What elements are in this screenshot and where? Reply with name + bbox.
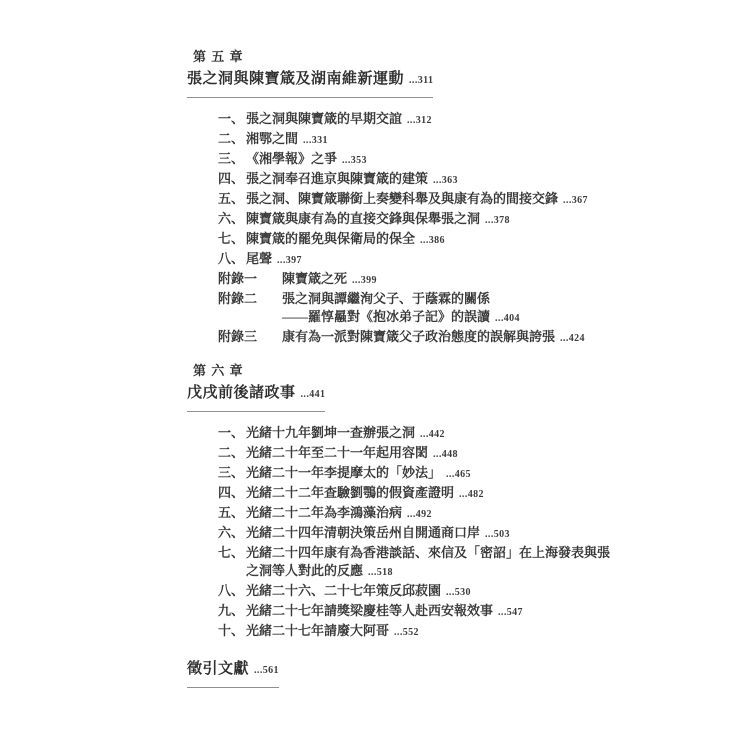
item-text: 光緒二十一年李提摩太的「妙法」...465 xyxy=(246,464,687,484)
item-title: 光緒二十二年查驗劉鶚的假資產證明 xyxy=(246,485,454,500)
book-toc-page: 第 五 章 張之洞與陳寶箴及湖南維新運動...311 一、 張之洞與陳寶箴的早期… xyxy=(0,0,750,750)
chapter-6-page-number: ...441 xyxy=(301,389,326,400)
item-text: 張之洞、陳寶箴聯銜上奏變科舉及與康有為的間接交鋒...367 xyxy=(246,190,687,210)
bibliography-page-number: ...561 xyxy=(254,665,279,676)
toc-appendix-item: 附錄一 陳寶箴之死...399 xyxy=(218,270,687,290)
dot-leader: ... xyxy=(485,215,494,226)
page-number: 547 xyxy=(507,607,523,618)
item-number: 四、 xyxy=(218,484,246,502)
item-text: 康有為一派對陳寶箴父子政治態度的誤解與誇張...424 xyxy=(282,328,687,348)
dot-leader: ... xyxy=(433,175,442,186)
toc-item: 七、 陳寶箴的罷免與保衛局的保全...386 xyxy=(218,230,687,250)
item-page-number: ...442 xyxy=(420,429,445,440)
item-title: 光緒二十二年為李鴻藻治病 xyxy=(246,505,402,520)
toc-item: 一、 光緒十九年劉坤一查辦張之洞...442 xyxy=(218,424,687,444)
bibliography-section: 徵引文獻...561 xyxy=(187,660,687,688)
item-text: 光緒二十二年為李鴻藻治病...492 xyxy=(246,504,687,524)
item-text: 光緒二十七年請獎梁慶桂等人赴西安報效事...547 xyxy=(246,602,687,622)
dot-leader: ... xyxy=(352,275,361,286)
toc-item: 四、 光緒二十二年查驗劉鶚的假資產證明...482 xyxy=(218,484,687,504)
item-title: 陳寶箴的罷免與保衛局的保全 xyxy=(246,231,415,246)
dot-leader: ... xyxy=(407,115,416,126)
item-title: 張之洞與譚繼洵父子、于蔭霖的關係 xyxy=(282,291,490,306)
item-number: 二、 xyxy=(218,130,246,148)
chapter-6-label: 第 六 章 xyxy=(193,364,687,378)
appendix-label: 附錄三 xyxy=(218,328,282,346)
dot-leader: ... xyxy=(254,665,263,676)
page-number: 482 xyxy=(468,489,484,500)
item-title: 張之洞奉召進京與陳寶箴的建策 xyxy=(246,171,428,186)
item-page-number: ...503 xyxy=(485,529,510,540)
item-page-number: ...518 xyxy=(368,567,393,578)
item-page-number: ...386 xyxy=(420,235,445,246)
dot-leader: ... xyxy=(277,255,286,266)
page-number: 503 xyxy=(494,529,510,540)
dot-leader: ... xyxy=(433,449,442,460)
item-page-number: ...331 xyxy=(303,135,328,146)
item-title: 光緒二十一年李提摩太的「妙法」 xyxy=(246,465,441,480)
item-page-number: ...547 xyxy=(498,607,523,618)
toc-item: 四、 張之洞奉召進京與陳寶箴的建策...363 xyxy=(218,170,687,190)
dot-leader: ... xyxy=(498,607,507,618)
item-page-number: ...492 xyxy=(407,509,432,520)
toc-item: 八、 光緒二十六、二十七年策反邱菽園...530 xyxy=(218,582,687,602)
page-number: 448 xyxy=(442,449,458,460)
item-page-number: ...363 xyxy=(433,175,458,186)
chapter-5-label: 第 五 章 xyxy=(193,50,687,64)
page-number: 492 xyxy=(416,509,432,520)
page-number: 552 xyxy=(403,627,419,638)
item-page-number: ...312 xyxy=(407,115,432,126)
page-number: 397 xyxy=(286,255,302,266)
item-number: 三、 xyxy=(218,150,246,168)
page-number: 353 xyxy=(351,155,367,166)
item-title: 光緒二十年至二十一年起用容閎 xyxy=(246,445,428,460)
item-number: 七、 xyxy=(218,544,246,562)
chapter-5-section: 第 五 章 張之洞與陳寶箴及湖南維新運動...311 一、 張之洞與陳寶箴的早期… xyxy=(187,50,687,348)
chapter-6-section: 第 六 章 戊戌前後諸政事...441 一、 光緒十九年劉坤一查辦張之洞...4… xyxy=(187,364,687,642)
page-number: 441 xyxy=(309,389,325,400)
item-page-number: ...378 xyxy=(485,215,510,226)
toc-item: 八、 尾聲...397 xyxy=(218,250,687,270)
toc-item: 五、 光緒二十二年為李鴻藻治病...492 xyxy=(218,504,687,524)
page-number: 530 xyxy=(455,587,471,598)
item-number: 四、 xyxy=(218,170,246,188)
item-text: 陳寶箴的罷免與保衛局的保全...386 xyxy=(246,230,687,250)
toc-item: 五、 張之洞、陳寶箴聯銜上奏變科舉及與康有為的間接交鋒...367 xyxy=(218,190,687,210)
toc-item: 二、 光緒二十年至二十一年起用容閎...448 xyxy=(218,444,687,464)
chapter-6-item-list: 一、 光緒十九年劉坤一查辦張之洞...442 二、 光緒二十年至二十一年起用容閎… xyxy=(218,424,687,642)
item-title: 光緒十九年劉坤一查辦張之洞 xyxy=(246,425,415,440)
item-page-number: ...552 xyxy=(394,627,419,638)
dot-leader: ... xyxy=(420,235,429,246)
dot-leader: ... xyxy=(303,135,312,146)
toc-item: 六、 光緒二十四年清朝決策岳州自開通商口岸...503 xyxy=(218,524,687,544)
dot-leader: ... xyxy=(409,75,418,86)
item-page-number: ...353 xyxy=(342,155,367,166)
item-number: 三、 xyxy=(218,464,246,482)
item-text: 《湘學報》之爭...353 xyxy=(246,150,687,170)
bibliography-title: 徵引文獻 xyxy=(187,661,249,677)
appendix-label: 附錄一 xyxy=(218,270,282,288)
page-number: 442 xyxy=(429,429,445,440)
item-text: 陳寶箴之死...399 xyxy=(282,270,687,290)
item-text: 光緒二十七年請廢大阿哥...552 xyxy=(246,622,687,642)
chapter-6-title: 戊戌前後諸政事 xyxy=(187,385,296,401)
page-number: 311 xyxy=(418,75,434,86)
dot-leader: ... xyxy=(394,627,403,638)
dot-leader: ... xyxy=(459,489,468,500)
toc-item: 一、 張之洞與陳寶箴的早期交誼...312 xyxy=(218,110,687,130)
dot-leader: ... xyxy=(563,195,572,206)
toc-item: 七、 光緒二十四年康有為香港談話、來信及「密詔」在上海發表與張之洞等人對此的反應… xyxy=(218,544,687,582)
item-text: 陳寶箴與康有為的直接交鋒與保舉張之洞...378 xyxy=(246,210,687,230)
item-page-number: ...530 xyxy=(446,587,471,598)
page-number: 399 xyxy=(361,275,377,286)
dot-leader: ... xyxy=(407,509,416,520)
item-text: 光緒二十四年清朝決策岳州自開通商口岸...503 xyxy=(246,524,687,544)
toc-item: 六、 陳寶箴與康有為的直接交鋒與保舉張之洞...378 xyxy=(218,210,687,230)
page-number: 465 xyxy=(455,469,471,480)
item-title: 《湘學報》之爭 xyxy=(246,151,337,166)
item-number: 七、 xyxy=(218,230,246,248)
item-title: 陳寶箴與康有為的直接交鋒與保舉張之洞 xyxy=(246,211,480,226)
item-title: 光緒二十六、二十七年策反邱菽園 xyxy=(246,583,441,598)
item-text: 光緒二十年至二十一年起用容閎...448 xyxy=(246,444,687,464)
item-title: 張之洞、陳寶箴聯銜上奏變科舉及與康有為的間接交鋒 xyxy=(246,191,558,206)
item-title: 尾聲 xyxy=(246,251,272,266)
item-text: 張之洞與陳寶箴的早期交誼...312 xyxy=(246,110,687,130)
page-number: 367 xyxy=(572,195,588,206)
item-text: 湘鄂之間...331 xyxy=(246,130,687,150)
item-number: 八、 xyxy=(218,250,246,268)
page-number: 404 xyxy=(504,313,520,324)
dot-leader: ... xyxy=(301,389,310,400)
chapter-5-title-row: 張之洞與陳寶箴及湖南維新運動...311 xyxy=(187,70,433,98)
item-page-number: ...404 xyxy=(495,313,520,324)
item-text: 光緒二十四年康有為香港談話、來信及「密詔」在上海發表與張之洞等人對此的反應...… xyxy=(246,544,687,582)
toc-content: 第 五 章 張之洞與陳寶箴及湖南維新運動...311 一、 張之洞與陳寶箴的早期… xyxy=(187,50,687,688)
chapter-5-item-list: 一、 張之洞與陳寶箴的早期交誼...312 二、 湘鄂之間...331 三、 《… xyxy=(218,110,687,348)
item-number: 九、 xyxy=(218,602,246,620)
chapter-5-title: 張之洞與陳寶箴及湖南維新運動 xyxy=(187,71,404,87)
item-number: 六、 xyxy=(218,524,246,542)
item-title: 陳寶箴之死 xyxy=(282,271,347,286)
item-text: 光緒二十二年查驗劉鶚的假資產證明...482 xyxy=(246,484,687,504)
toc-item: 二、 湘鄂之間...331 xyxy=(218,130,687,150)
dot-leader: ... xyxy=(446,469,455,480)
item-number: 一、 xyxy=(218,110,246,128)
item-title: 康有為一派對陳寶箴父子政治態度的誤解與誇張 xyxy=(282,329,555,344)
dot-leader: ... xyxy=(342,155,351,166)
page-number: 386 xyxy=(429,235,445,246)
item-subtitle: ——羅惇曧對《抱冰弟子記》的誤讀 xyxy=(282,309,490,324)
dot-leader: ... xyxy=(485,529,494,540)
item-number: 十、 xyxy=(218,622,246,640)
item-text: 尾聲...397 xyxy=(246,250,687,270)
item-number: 六、 xyxy=(218,210,246,228)
item-page-number: ...448 xyxy=(433,449,458,460)
chapter-6-title-row: 戊戌前後諸政事...441 xyxy=(187,384,325,412)
item-number: 五、 xyxy=(218,190,246,208)
toc-item: 九、 光緒二十七年請獎梁慶桂等人赴西安報效事...547 xyxy=(218,602,687,622)
item-number: 八、 xyxy=(218,582,246,600)
item-title: 光緒二十四年康有為香港談話、來信及「密詔」在上海發表與張 xyxy=(246,545,610,560)
item-page-number: ...397 xyxy=(277,255,302,266)
toc-appendix-item: 附錄三 康有為一派對陳寶箴父子政治態度的誤解與誇張...424 xyxy=(218,328,687,348)
item-number: 一、 xyxy=(218,424,246,442)
item-title: 張之洞與陳寶箴的早期交誼 xyxy=(246,111,402,126)
dot-leader: ... xyxy=(368,567,377,578)
toc-item: 十、 光緒二十七年請廢大阿哥...552 xyxy=(218,622,687,642)
item-title: 湘鄂之間 xyxy=(246,131,298,146)
page-number: 312 xyxy=(416,115,432,126)
item-number: 二、 xyxy=(218,444,246,462)
page-number: 363 xyxy=(442,175,458,186)
item-text: 光緒二十六、二十七年策反邱菽園...530 xyxy=(246,582,687,602)
item-title: 光緒二十四年清朝決策岳州自開通商口岸 xyxy=(246,525,480,540)
chapter-5-page-number: ...311 xyxy=(409,75,433,86)
page-number: 331 xyxy=(312,135,328,146)
item-text: 光緒十九年劉坤一查辦張之洞...442 xyxy=(246,424,687,444)
appendix-label: 附錄二 xyxy=(218,290,282,308)
page-number: 518 xyxy=(377,567,393,578)
toc-item: 三、 光緒二十一年李提摩太的「妙法」...465 xyxy=(218,464,687,484)
item-title: 光緒二十七年請廢大阿哥 xyxy=(246,623,389,638)
item-number: 五、 xyxy=(218,504,246,522)
toc-appendix-item: 附錄二 張之洞與譚繼洵父子、于蔭霖的關係——羅惇曧對《抱冰弟子記》的誤讀...4… xyxy=(218,290,687,328)
toc-item: 三、 《湘學報》之爭...353 xyxy=(218,150,687,170)
item-page-number: ...424 xyxy=(560,333,585,344)
item-text: 張之洞與譚繼洵父子、于蔭霖的關係——羅惇曧對《抱冰弟子記》的誤讀...404 xyxy=(282,290,687,328)
dot-leader: ... xyxy=(420,429,429,440)
item-title-continued: 之洞等人對此的反應 xyxy=(246,563,363,578)
item-page-number: ...465 xyxy=(446,469,471,480)
page-number: 561 xyxy=(263,665,279,676)
page-number: 424 xyxy=(569,333,585,344)
bibliography-title-row: 徵引文獻...561 xyxy=(187,660,279,688)
dot-leader: ... xyxy=(446,587,455,598)
dot-leader: ... xyxy=(495,313,504,324)
item-text: 張之洞奉召進京與陳寶箴的建策...363 xyxy=(246,170,687,190)
page-number: 378 xyxy=(494,215,510,226)
dot-leader: ... xyxy=(560,333,569,344)
item-page-number: ...399 xyxy=(352,275,377,286)
item-title: 光緒二十七年請獎梁慶桂等人赴西安報效事 xyxy=(246,603,493,618)
item-page-number: ...367 xyxy=(563,195,588,206)
item-page-number: ...482 xyxy=(459,489,484,500)
